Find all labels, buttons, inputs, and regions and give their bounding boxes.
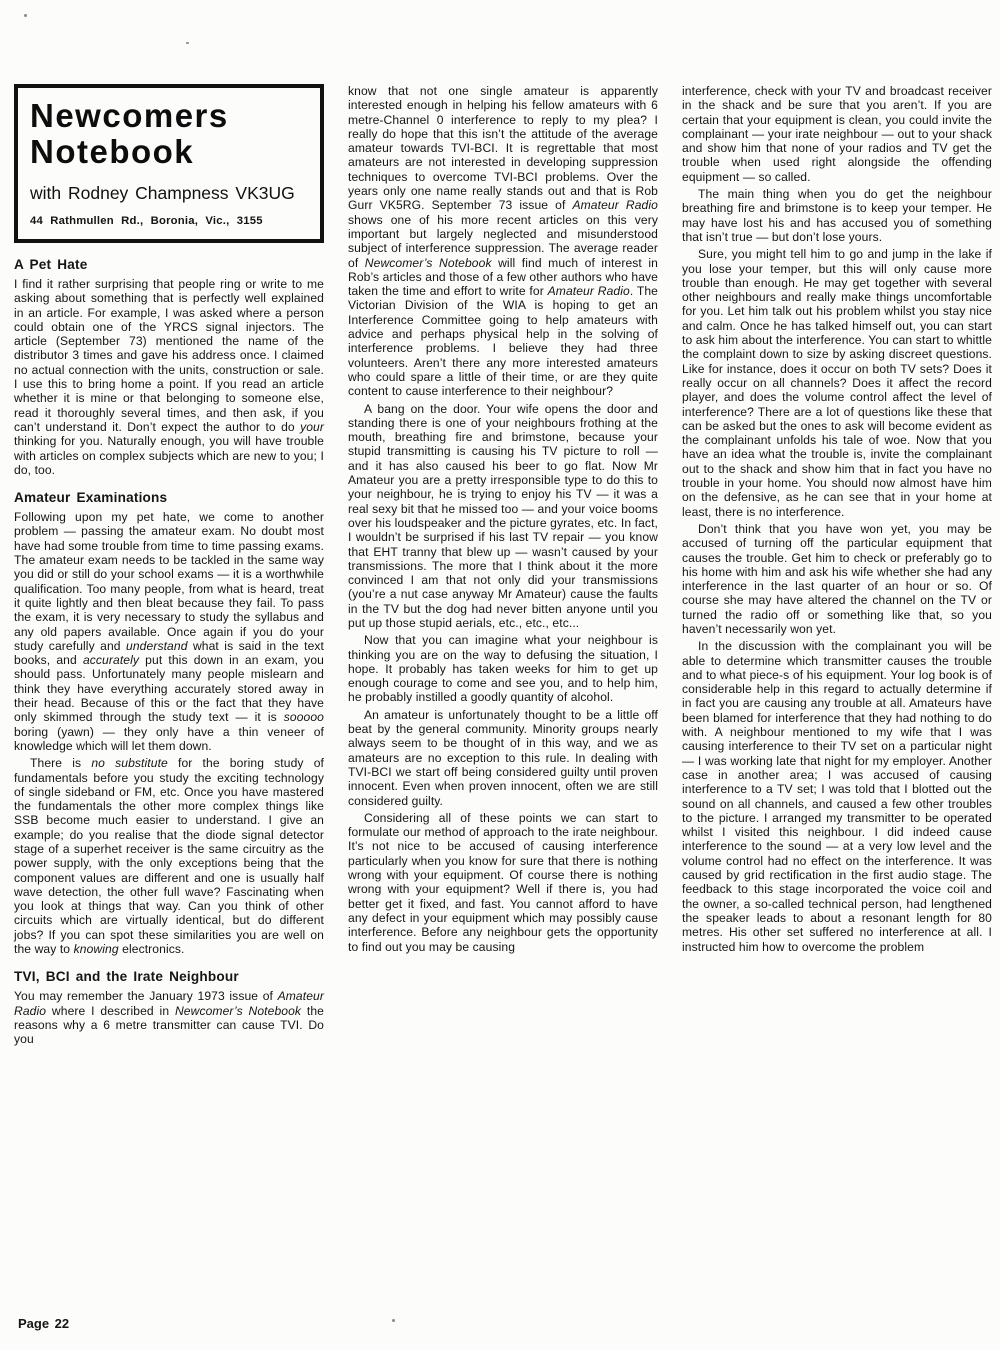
paragraph: You may remember the January 1973 issue … xyxy=(14,989,324,1046)
scan-speck xyxy=(24,14,27,17)
paragraph: Sure, you might tell him to go and jump … xyxy=(682,247,992,519)
paragraph: Now that you can imagine what your neigh… xyxy=(348,633,658,704)
paragraph: In the discussion with the complainant y… xyxy=(682,639,992,954)
paragraph: The main thing when you do get the neigh… xyxy=(682,187,992,244)
paragraph: Don’t think that you have won yet, you m… xyxy=(682,522,992,636)
column-3-body: interference, check with your TV and bro… xyxy=(682,84,992,954)
paragraph: Considering all of these points we can s… xyxy=(348,811,658,954)
paragraph: Following upon my pet hate, we come to a… xyxy=(14,510,324,753)
scan-speck xyxy=(186,42,189,44)
article-byline: with Rodney Champness VK3UG xyxy=(30,183,312,203)
scan-speck xyxy=(392,1319,395,1322)
column-2: know that not one single amateur is appa… xyxy=(348,84,658,1050)
paragraph: There is no substitute for the boring st… xyxy=(14,756,324,956)
masthead-box: Newcomers Notebook with Rodney Champness… xyxy=(14,84,324,243)
article-title-line2: Notebook xyxy=(30,133,194,170)
magazine-page: Newcomers Notebook with Rodney Champness… xyxy=(0,0,1000,1350)
paragraph: I find it rather surprising that people … xyxy=(14,277,324,477)
section-heading: A Pet Hate xyxy=(14,257,324,273)
page-number: Page 22 xyxy=(18,1316,69,1331)
column-1: Newcomers Notebook with Rodney Champness… xyxy=(14,84,324,1050)
paragraph: An amateur is unfortunately thought to b… xyxy=(348,708,658,808)
paragraph: interference, check with your TV and bro… xyxy=(682,84,992,184)
paragraph: A bang on the door. Your wife opens the … xyxy=(348,402,658,631)
section-heading: TVI, BCI and the Irate Neighbour xyxy=(14,969,324,985)
article-title-line1: Newcomers xyxy=(30,97,229,134)
author-address: 44 Rathmullen Rd., Boronia, Vic., 3155 xyxy=(30,215,312,227)
column-3: interference, check with your TV and bro… xyxy=(682,84,992,1050)
column-1-body: A Pet HateI find it rather surprising th… xyxy=(14,257,324,1047)
column-2-body: know that not one single amateur is appa… xyxy=(348,84,658,954)
section-heading: Amateur Examinations xyxy=(14,490,324,506)
article-title: Newcomers Notebook xyxy=(30,98,312,170)
paragraph: know that not one single amateur is appa… xyxy=(348,84,658,399)
article-columns: Newcomers Notebook with Rodney Champness… xyxy=(0,0,1000,1050)
